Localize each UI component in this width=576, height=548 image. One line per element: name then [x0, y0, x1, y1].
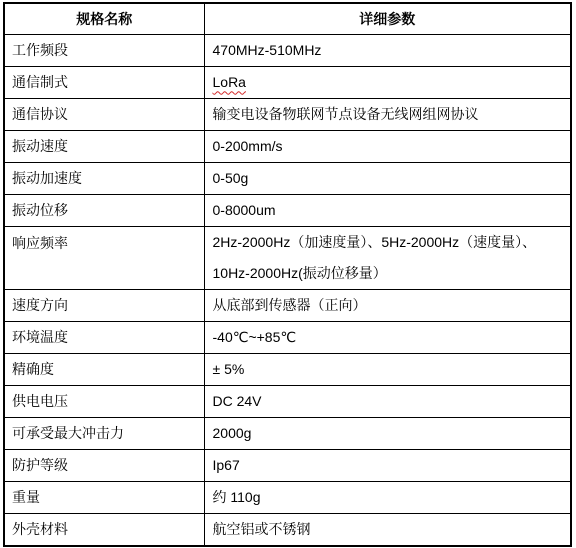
table-row: 可承受最大冲击力 2000g: [4, 417, 571, 449]
spec-name-cell: 可承受最大冲击力: [4, 417, 204, 449]
table-header-row: 规格名称 详细参数: [4, 3, 571, 34]
spec-name-cell: 通信制式: [4, 66, 204, 98]
spec-name-cell: 重量: [4, 481, 204, 513]
spec-value-cell: 0-200mm/s: [204, 130, 571, 162]
spec-value-cell: 约 110g: [204, 481, 571, 513]
table-row: 通信制式 LoRa: [4, 66, 571, 98]
spec-name-cell: 振动速度: [4, 130, 204, 162]
spec-name-cell: 通信协议: [4, 98, 204, 130]
spec-table: 规格名称 详细参数 工作频段 470MHz-510MHz 通信制式 LoRa 通…: [3, 2, 572, 547]
spec-name-cell: 振动位移: [4, 194, 204, 226]
spec-name-cell: 响应频率: [4, 226, 204, 289]
table-row: 速度方向 从底部到传感器（正向）: [4, 289, 571, 321]
table-row: 振动加速度 0-50g: [4, 162, 571, 194]
spec-value-cell: ± 5%: [204, 353, 571, 385]
spec-value-cell: 0-50g: [204, 162, 571, 194]
spec-value-cell: Ip67: [204, 449, 571, 481]
table-row: 振动速度 0-200mm/s: [4, 130, 571, 162]
document-page: 规格名称 详细参数 工作频段 470MHz-510MHz 通信制式 LoRa 通…: [0, 0, 576, 548]
table-row: 防护等级 Ip67: [4, 449, 571, 481]
spec-value-cell: 2000g: [204, 417, 571, 449]
header-spec-name: 规格名称: [4, 3, 204, 34]
spec-name-cell: 精确度: [4, 353, 204, 385]
table-row: 精确度 ± 5%: [4, 353, 571, 385]
table-row: 供电电压 DC 24V: [4, 385, 571, 417]
misspelled-word: LoRa: [213, 74, 246, 90]
header-detail-params: 详细参数: [204, 3, 571, 34]
table-row: 重量 约 110g: [4, 481, 571, 513]
spec-value-cell: 2Hz-2000Hz（加速度量）、5Hz-2000Hz（速度量）、 10Hz-2…: [204, 226, 571, 289]
table-row: 通信协议 输变电设备物联网节点设备无线网组网协议: [4, 98, 571, 130]
spec-name-cell: 工作频段: [4, 34, 204, 66]
table-row: 响应频率 2Hz-2000Hz（加速度量）、5Hz-2000Hz（速度量）、 1…: [4, 226, 571, 289]
table-row: 环境温度 -40℃~+85℃: [4, 321, 571, 353]
spec-value-cell: 航空铝或不锈钢: [204, 513, 571, 546]
table-row: 工作频段 470MHz-510MHz: [4, 34, 571, 66]
spec-value-cell: 0-8000um: [204, 194, 571, 226]
spec-value-cell: 输变电设备物联网节点设备无线网组网协议: [204, 98, 571, 130]
spec-value-cell: 从底部到传感器（正向）: [204, 289, 571, 321]
spec-name-cell: 速度方向: [4, 289, 204, 321]
spec-value-cell: -40℃~+85℃: [204, 321, 571, 353]
spec-value-cell: 470MHz-510MHz: [204, 34, 571, 66]
spec-name-cell: 环境温度: [4, 321, 204, 353]
table-row: 振动位移 0-8000um: [4, 194, 571, 226]
table-row: 外壳材料 航空铝或不锈钢: [4, 513, 571, 546]
spec-name-cell: 供电电压: [4, 385, 204, 417]
spec-name-cell: 外壳材料: [4, 513, 204, 546]
spec-value-cell: LoRa: [204, 66, 571, 98]
spec-name-cell: 振动加速度: [4, 162, 204, 194]
spec-name-cell: 防护等级: [4, 449, 204, 481]
spec-value-cell: DC 24V: [204, 385, 571, 417]
